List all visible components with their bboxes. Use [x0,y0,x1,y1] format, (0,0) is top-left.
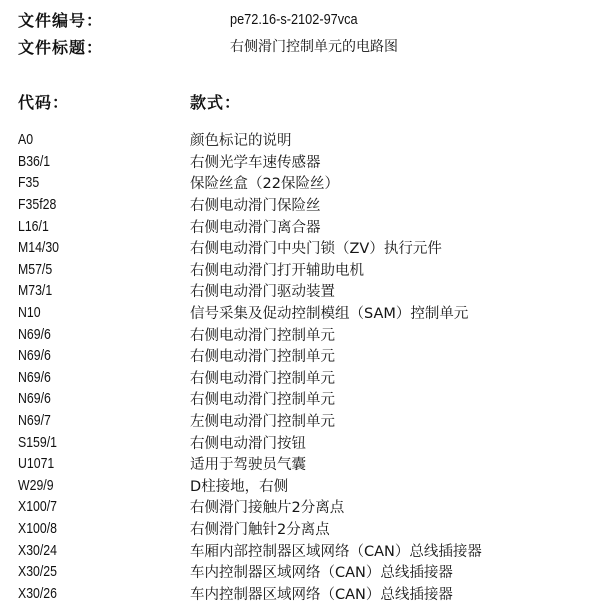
component-description: 保险丝盒（22保险丝） [190,172,339,193]
component-code: B36/1 [18,153,159,170]
table-row: X30/25车内控制器区域网络（CAN）总线插接器 [18,561,598,583]
component-code: N69/6 [18,347,159,364]
component-code: N69/7 [18,412,159,429]
component-description: 适用于驾驶员气囊 [190,453,306,474]
doc-title-value: 右侧滑门控制单元的电路图 [230,36,398,56]
table-row: N69/6右侧电动滑门控制单元 [18,388,598,410]
component-table: A0颜色标记的说明B36/1右侧光学车速传感器F35保险丝盒（22保险丝）F35… [18,129,598,601]
component-description: 右侧滑门触针2分离点 [190,518,330,539]
component-description: 右侧滑门接触片2分离点 [190,496,344,517]
table-row: M57/5右侧电动滑门打开辅助电机 [18,259,598,281]
doc-title-label: 文件标题： [18,35,230,58]
table-row: A0颜色标记的说明 [18,129,598,151]
component-code: N69/6 [18,326,159,343]
table-row: S159/1右侧电动滑门按钮 [18,431,598,453]
component-code: F35 [18,174,159,191]
component-description: 信号采集及促动控制模组（SAM）控制单元 [190,302,468,323]
table-row: X30/24车厢内部控制器区域网络（CAN）总线插接器 [18,539,598,561]
table-row: L16/1右侧电动滑门离合器 [18,215,598,237]
column-header-description: 款式： [190,90,241,113]
component-code: U1071 [18,455,159,472]
component-description: 右侧电动滑门离合器 [190,216,321,237]
component-description: 右侧电动滑门打开辅助电机 [190,259,364,280]
table-row: B36/1右侧光学车速传感器 [18,151,598,173]
component-code: X30/25 [18,563,159,580]
component-code: M57/5 [18,261,159,278]
doc-title-row: 文件标题： 右侧滑门控制单元的电路图 [18,34,398,58]
component-code: L16/1 [18,218,159,235]
component-description: 右侧电动滑门控制单元 [190,367,335,388]
component-code: X100/7 [18,498,159,515]
component-description: 右侧光学车速传感器 [190,151,321,172]
doc-number-label: 文件编号： [18,8,230,31]
component-description: 左侧电动滑门控制单元 [190,410,335,431]
component-description: 右侧电动滑门控制单元 [190,388,335,409]
component-code: A0 [18,131,159,148]
component-code: X30/26 [18,585,159,601]
component-code: N69/6 [18,369,159,386]
component-description: 右侧电动滑门中央门锁（ZV）执行元件 [190,237,442,258]
table-header: 代码： 款式： [18,89,241,113]
component-code: S159/1 [18,434,159,451]
table-row: X100/8右侧滑门触针2分离点 [18,518,598,540]
table-row: N69/6右侧电动滑门控制单元 [18,367,598,389]
doc-number-row: 文件编号： pe72.16-s-2102-97vca [18,7,380,31]
table-row: N69/6右侧电动滑门控制单元 [18,345,598,367]
component-description: 右侧电动滑门控制单元 [190,324,335,345]
component-description: 右侧电动滑门按钮 [190,432,306,453]
table-row: X30/26车内控制器区域网络（CAN）总线插接器 [18,582,598,601]
component-description: 右侧电动滑门保险丝 [190,194,321,215]
table-row: W29/9D柱接地，右侧 [18,475,598,497]
component-code: N10 [18,304,159,321]
component-code: X30/24 [18,542,159,559]
component-description: 车内控制器区域网络（CAN）总线插接器 [190,561,453,582]
table-row: M14/30右侧电动滑门中央门锁（ZV）执行元件 [18,237,598,259]
component-description: 车厢内部控制器区域网络（CAN）总线插接器 [190,540,482,561]
component-code: X100/8 [18,520,159,537]
table-row: N69/7左侧电动滑门控制单元 [18,410,598,432]
table-row: F35f28右侧电动滑门保险丝 [18,194,598,216]
component-description: 车内控制器区域网络（CAN）总线插接器 [190,583,453,601]
component-code: W29/9 [18,477,159,494]
component-code: F35f28 [18,196,159,213]
column-header-code: 代码： [18,90,190,113]
table-row: F35保险丝盒（22保险丝） [18,172,598,194]
component-code: N69/6 [18,390,159,407]
component-description: 右侧电动滑门控制单元 [190,345,335,366]
component-description: 右侧电动滑门驱动装置 [190,280,335,301]
component-description: D柱接地，右侧 [190,475,288,496]
component-code: M14/30 [18,239,159,256]
table-row: N69/6右侧电动滑门控制单元 [18,323,598,345]
doc-number-value: pe72.16-s-2102-97vca [230,11,358,28]
table-row: N10信号采集及促动控制模组（SAM）控制单元 [18,302,598,324]
component-description: 颜色标记的说明 [190,129,292,150]
table-row: X100/7右侧滑门接触片2分离点 [18,496,598,518]
table-row: M73/1右侧电动滑门驱动装置 [18,280,598,302]
table-row: U1071适用于驾驶员气囊 [18,453,598,475]
component-code: M73/1 [18,282,159,299]
